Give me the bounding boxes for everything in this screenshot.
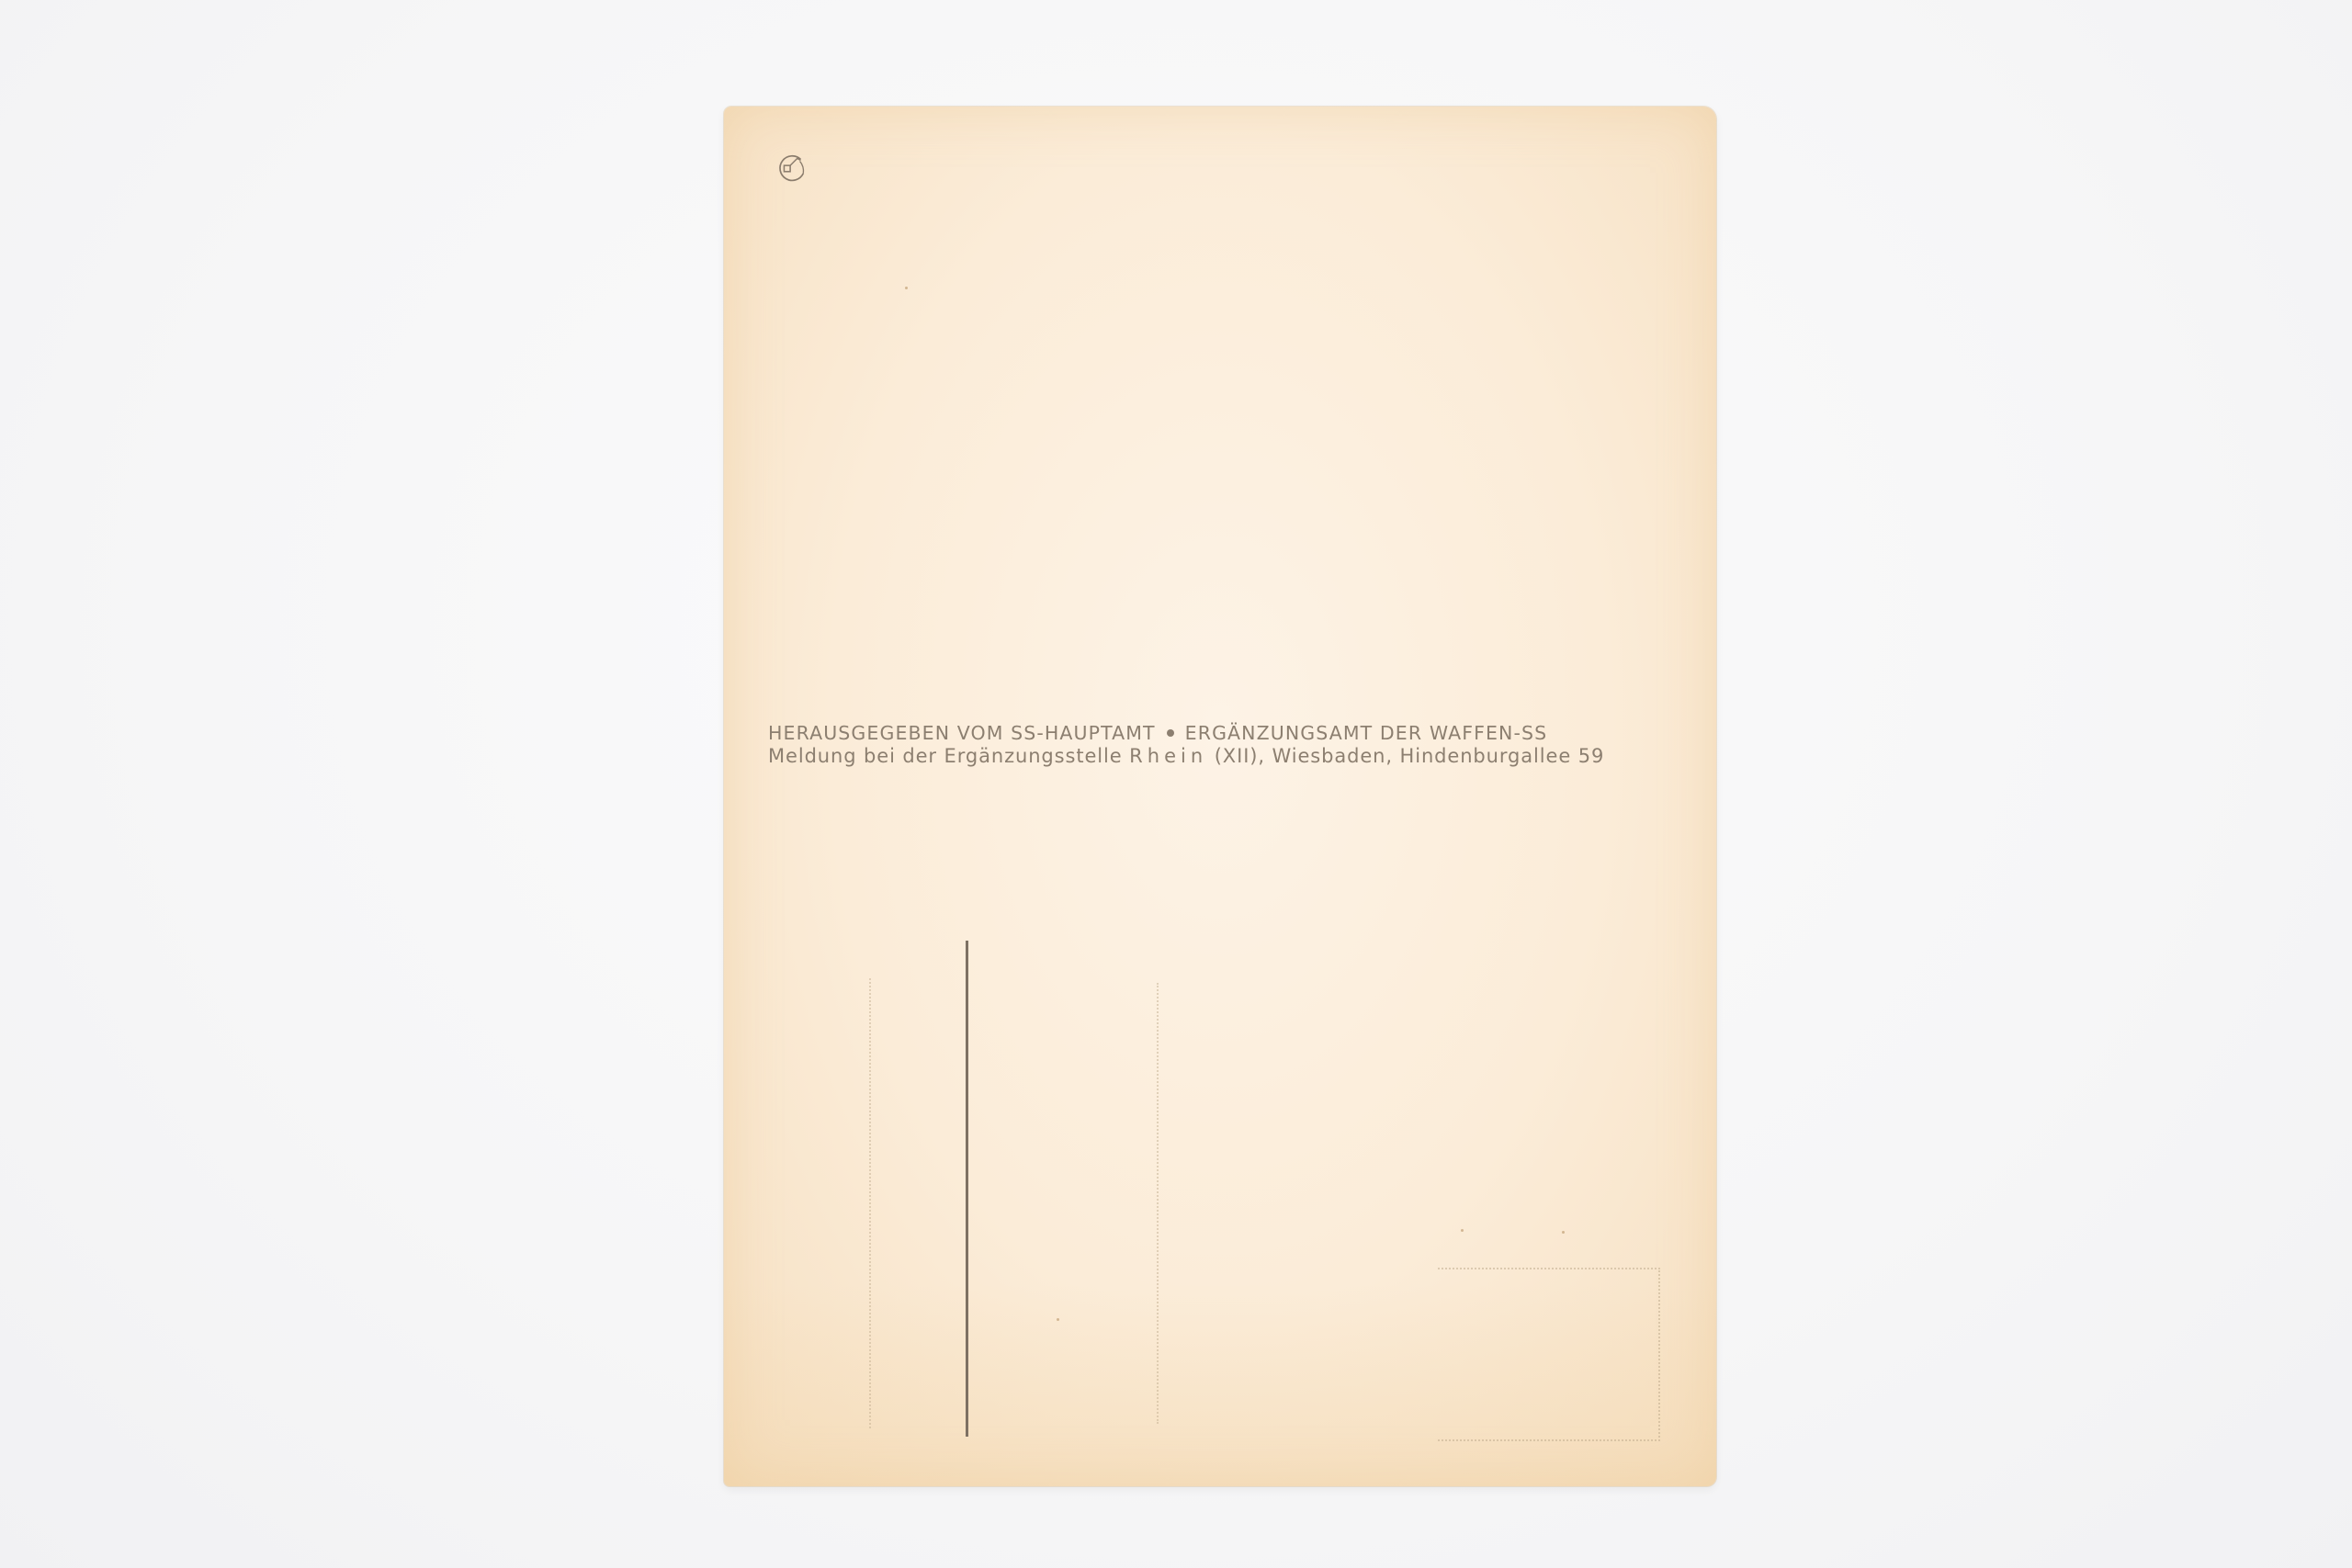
paper-speck xyxy=(1562,1231,1565,1234)
publisher-monogram-icon xyxy=(775,151,809,186)
faint-guide-line-middle xyxy=(1157,983,1159,1424)
faint-stamp-box xyxy=(1438,1268,1660,1441)
paper-speck xyxy=(1461,1229,1464,1232)
imprint-line-2: Meldung bei der Ergänzungsstelle Rhein (… xyxy=(768,745,1687,768)
imprint-publisher: HERAUSGEGEBEN VOM SS-HAUPTAMT xyxy=(768,722,1156,744)
faint-guide-line-left xyxy=(869,978,871,1428)
bullet-separator xyxy=(1167,729,1174,737)
paper-speck xyxy=(1057,1318,1059,1321)
paper-speck xyxy=(905,287,908,289)
imprint-line-1: HERAUSGEGEBEN VOM SS-HAUPTAMTERGÄNZUNGSA… xyxy=(768,722,1687,745)
publisher-imprint: HERAUSGEGEBEN VOM SS-HAUPTAMTERGÄNZUNGSA… xyxy=(768,722,1687,768)
imprint-region: Rhein xyxy=(1129,745,1207,767)
message-address-divider xyxy=(966,941,968,1437)
imprint-address-prefix: Meldung bei der Ergänzungsstelle xyxy=(768,745,1129,767)
imprint-office: ERGÄNZUNGSAMT DER WAFFEN-SS xyxy=(1185,722,1548,744)
imprint-address-suffix: (XII), Wiesbaden, Hindenburgallee 59 xyxy=(1207,745,1604,767)
